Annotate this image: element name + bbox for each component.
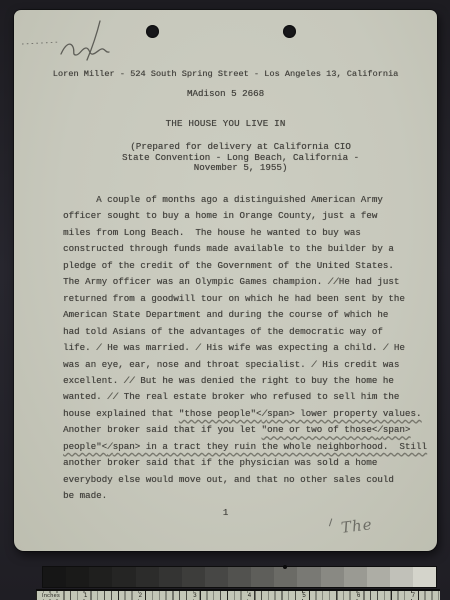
pencil-slash-mark: / bbox=[195, 342, 201, 353]
subtitle-block: (Prepared for delivery at California CIO… bbox=[29, 142, 450, 174]
handwritten-note: The bbox=[340, 515, 374, 537]
pencil-underline: people"</span> in a tract they ruin the … bbox=[63, 441, 427, 452]
grayscale-step bbox=[228, 567, 251, 587]
ruler-number: 1 bbox=[83, 593, 88, 599]
text-line: excellent. // But he was denied the righ… bbox=[63, 373, 427, 389]
text-line: everybody else would move out, and that … bbox=[63, 472, 427, 488]
ruler-number: 4 bbox=[247, 593, 252, 599]
pencil-tick-mark bbox=[329, 518, 336, 527]
ruler-number: 7 bbox=[411, 593, 416, 599]
text-line: house explained that "those people"</spa… bbox=[63, 406, 427, 422]
text-line: American State Department and during the… bbox=[63, 307, 427, 323]
text-line: wanted. // The real estate broker who re… bbox=[63, 389, 427, 405]
grayscale-step bbox=[159, 567, 182, 587]
text-line: people"</span> in a tract they ruin the … bbox=[63, 439, 427, 455]
grayscale-step bbox=[297, 567, 320, 587]
pencil-slash-mark: // bbox=[328, 276, 339, 287]
grayscale-step bbox=[251, 567, 274, 587]
grayscale-step bbox=[390, 567, 413, 587]
pencil-slash-mark: / bbox=[107, 441, 113, 452]
grayscale-step bbox=[344, 567, 367, 587]
text-line: The Army officer was an Olympic Games ch… bbox=[63, 274, 427, 290]
pencil-slash-mark: / bbox=[383, 342, 389, 353]
grayscale-step bbox=[136, 567, 159, 587]
pencil-slash-mark: // bbox=[124, 375, 135, 386]
pencil-slash-mark: / bbox=[311, 359, 317, 370]
calibration-marker-dot bbox=[283, 565, 287, 569]
grayscale-step bbox=[89, 567, 112, 587]
document-title: THE HOUSE YOU LIVE IN bbox=[14, 118, 437, 129]
text-line: pledge of the credit of the Government o… bbox=[63, 258, 427, 274]
pencil-underline: "one or two of those</span> bbox=[261, 424, 410, 435]
scan-background: Loren Miller - 524 South Spring Street -… bbox=[0, 0, 450, 600]
text-line: Another broker said that if you let "one… bbox=[63, 422, 427, 438]
ruler-number: 6 bbox=[356, 593, 361, 599]
grayscale-step bbox=[321, 567, 344, 587]
text-line: another broker said that if the physicia… bbox=[63, 455, 427, 471]
document-page: Loren Miller - 524 South Spring Street -… bbox=[14, 10, 437, 551]
grayscale-step bbox=[205, 567, 228, 587]
text-line: constructed through funds made available… bbox=[63, 241, 427, 257]
grayscale-step bbox=[413, 567, 436, 587]
text-line: A couple of months ago a distinguished A… bbox=[63, 192, 427, 208]
ruler: Inches 12345678 bbox=[36, 589, 440, 600]
grayscale-calibration-bar bbox=[42, 566, 437, 588]
text-line: officer sought to buy a home in Orange C… bbox=[63, 208, 427, 224]
grayscale-step bbox=[112, 567, 135, 587]
pencil-slash-mark: / bbox=[262, 408, 268, 419]
punch-hole bbox=[283, 25, 296, 38]
letterhead-name-address: Loren Miller - 524 South Spring Street -… bbox=[14, 69, 437, 79]
letterhead-phone: MAdison 5 2668 bbox=[14, 88, 437, 99]
grayscale-step bbox=[182, 567, 205, 587]
text-line: had told Asians of the advantages of the… bbox=[63, 324, 427, 340]
grayscale-step bbox=[43, 567, 66, 587]
grayscale-step bbox=[274, 567, 297, 587]
grayscale-step bbox=[367, 567, 390, 587]
handwritten-scribble bbox=[20, 18, 124, 66]
text-line: was an eye, ear, nose and throat special… bbox=[63, 357, 427, 373]
text-line: be made. bbox=[63, 488, 427, 504]
text-line: miles from Long Beach. The house he want… bbox=[63, 225, 427, 241]
punch-hole bbox=[146, 25, 159, 38]
body-text: A couple of months ago a distinguished A… bbox=[63, 192, 427, 505]
ruler-number: 2 bbox=[138, 593, 143, 599]
text-line: November 5, 1955) bbox=[29, 163, 450, 174]
pencil-slash-mark: / bbox=[377, 424, 383, 435]
pencil-slash-mark: // bbox=[107, 391, 118, 402]
text-line: life. / He was married. / His wife was e… bbox=[63, 340, 427, 356]
grayscale-step bbox=[66, 567, 89, 587]
ruler-number: 5 bbox=[301, 593, 306, 599]
text-line: (Prepared for delivery at California CIO bbox=[29, 142, 450, 153]
page-number: 1 bbox=[14, 507, 437, 518]
text-line: returned from a goodwill tour on which h… bbox=[63, 291, 427, 307]
pencil-slash-mark: / bbox=[96, 342, 102, 353]
pencil-underline: "those people"</span> lower property val… bbox=[179, 408, 422, 419]
ruler-label: Inches bbox=[41, 593, 61, 599]
ruler-number: 3 bbox=[192, 593, 197, 599]
